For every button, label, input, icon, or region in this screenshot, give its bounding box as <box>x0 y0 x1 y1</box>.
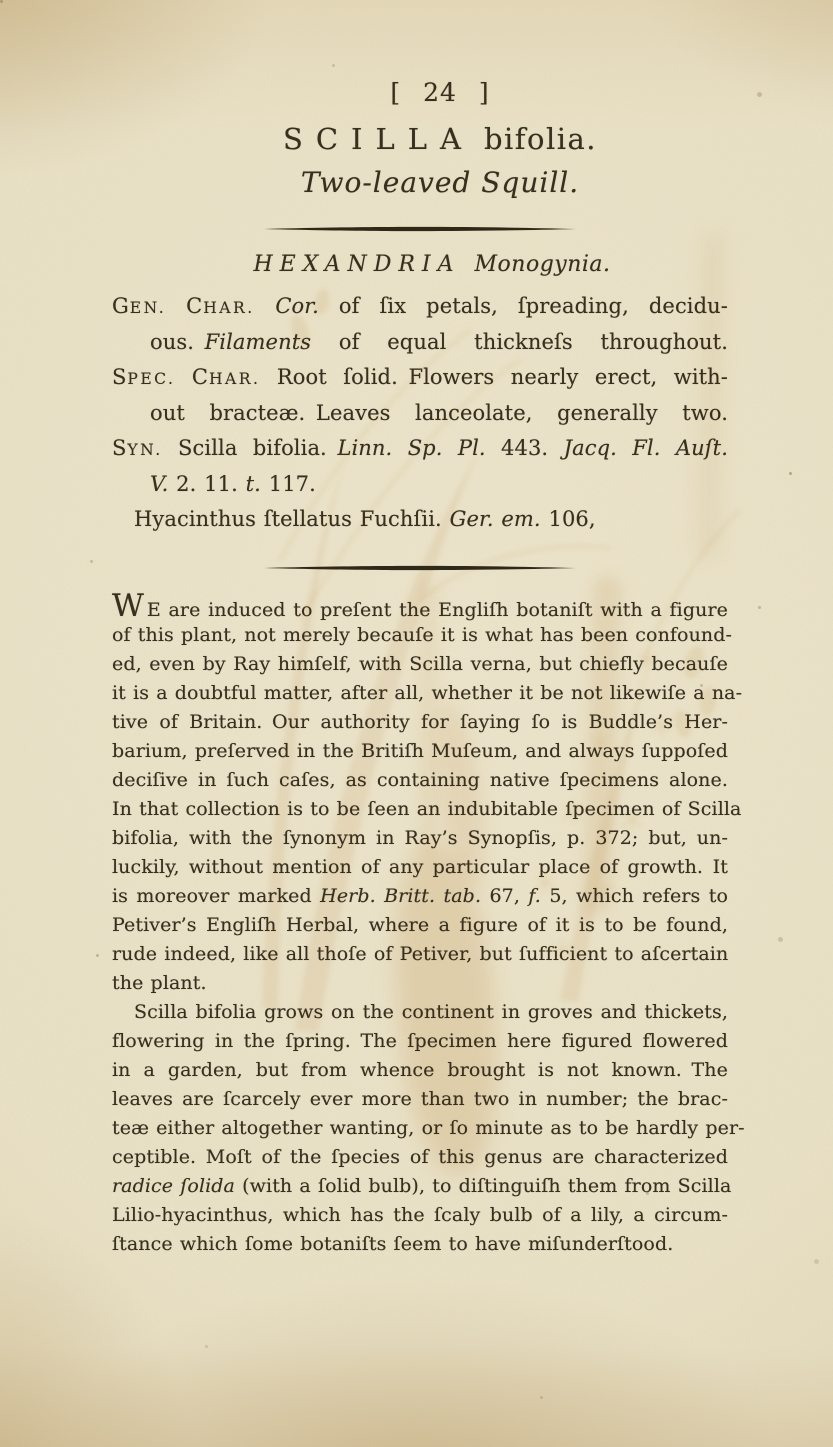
text-line: Hyacinthus ſtellatus Fuchſii. Ger. em. 1… <box>112 502 728 538</box>
text-segment: C <box>186 294 203 318</box>
text-segment: ed, even by Ray himſelf, with Scilla ver… <box>112 653 728 675</box>
text-segment: leaves are ſcarcely ever more than two i… <box>112 1088 728 1110</box>
text-line: rude indeed, like all thoſe of Petiver, … <box>112 940 728 969</box>
text-line: Lilio-hyacinthus, which has the ſcaly bu… <box>112 1201 728 1230</box>
text-segment: ſtance which ſome botaniſts ſeem to have… <box>112 1233 673 1255</box>
paragraph: Scilla bifolia grows on the continent in… <box>112 998 728 1259</box>
page-title: SCILLAbifolia. <box>112 121 748 157</box>
text-line: flowering in the ſpring. The ſpecimen he… <box>112 1027 728 1056</box>
text-line: WE are induced to preſent the Engliſh bo… <box>112 592 728 621</box>
text-segment: luckily, without mention of any particul… <box>112 856 728 878</box>
text-line: In that collection is to be ſeen an indu… <box>112 795 728 824</box>
text-line: barium, preſerved in the Britiſh Muſeum,… <box>112 737 728 766</box>
text-segment: Hyacinthus ſtellatus Fuchſii. <box>134 507 450 531</box>
text-line: GEN. CHAR. Cor. of ſix petals, ſpreading… <box>112 289 728 325</box>
separator-rule <box>264 565 576 571</box>
text-segment: HAR. <box>203 299 275 317</box>
text-line: ſtance which ſome botaniſts ſeem to have… <box>112 1230 728 1259</box>
separator-rule <box>264 226 576 232</box>
text-segment: 2. 11. <box>168 472 245 496</box>
paragraph: WE are induced to preſent the Engliſh bo… <box>112 592 728 998</box>
text-segment: S <box>112 365 127 389</box>
text-segment: Ger. em. <box>450 507 541 531</box>
linnaean-order: Monogynia. <box>475 252 611 277</box>
text-line: SYN. Scilla bifolia. Linn. Sp. Pl. 443. … <box>112 431 728 467</box>
common-name: Two-leaved Squill. <box>112 165 748 201</box>
text-segment: In that collection is to be ſeen an indu… <box>112 798 742 820</box>
text-segment: t. <box>246 472 261 496</box>
text-segment: Cor. <box>275 294 319 318</box>
text-segment: ceptible. Moſt of the ſpecies of this ge… <box>112 1146 728 1168</box>
text-segment: 5, which refers to <box>541 885 728 907</box>
book-page: [24] SCILLAbifolia. Two-leaved Squill. H… <box>0 0 833 1447</box>
text-line: is moreover marked Herb. Britt. tab. 67,… <box>112 882 728 911</box>
text-segment <box>166 294 186 318</box>
text-segment: radice ſolida <box>112 1175 235 1197</box>
text-segment <box>175 365 191 389</box>
folio-number: 24 <box>423 78 457 107</box>
text-line: leaves are ſcarcely ever more than two i… <box>112 1085 728 1114</box>
genus-name: SCILLA <box>283 122 474 156</box>
text-segment: deciſive in ſuch caſes, as containing na… <box>112 769 728 791</box>
text-segment: Petiver’s Engliſh Herbal, where a figure… <box>112 914 728 936</box>
text-segment: ous. <box>150 330 205 354</box>
text-line: luckily, without mention of any particul… <box>112 853 728 882</box>
text-line: bifolia, with the ſynonym in Ray’s Synop… <box>112 824 728 853</box>
text-segment: C <box>192 365 209 389</box>
text-segment: tive of Britain. Our authority for ſayin… <box>112 711 728 733</box>
text-line: tive of Britain. Our authority for ſayin… <box>112 708 728 737</box>
text-segment: f. <box>528 885 541 907</box>
text-segment: PEC. <box>127 370 175 388</box>
text-line: teæ either altogether wanting, or ſo min… <box>112 1114 728 1143</box>
text-segment: Jacq. Fl. Auſt. <box>564 436 728 460</box>
text-segment: Lilio-hyacinthus, which has the ſcaly bu… <box>112 1204 728 1226</box>
text-segment: bifolia, with the ſynonym in Ray’s Synop… <box>112 827 728 849</box>
text-line: SPEC. CHAR. Root ſolid. Flowers nearly e… <box>112 360 728 396</box>
text-line: radice ſolida (with a ſolid bulb), to di… <box>112 1172 728 1201</box>
text-segment: 117. <box>261 472 316 496</box>
text-segment: Root ſolid. Flowers nearly erect, with- <box>260 365 728 389</box>
linnaean-class: HEXANDRIA <box>253 252 460 277</box>
text-segment: YN. <box>127 441 162 459</box>
text-line: in a garden, but from whence brought is … <box>112 1056 728 1085</box>
foxing-specks <box>0 0 3 3</box>
text-column: [24] SCILLAbifolia. Two-leaved Squill. H… <box>112 0 728 1447</box>
text-segment: (with a ſolid bulb), to diſtinguiſh them… <box>235 1175 731 1197</box>
text-line: ceptible. Moſt of the ſpecies of this ge… <box>112 1143 728 1172</box>
text-line: of this plant, not merely becauſe it is … <box>112 621 728 650</box>
classification-line: HEXANDRIAMonogynia. <box>112 251 740 279</box>
taxonomy-section: GEN. CHAR. Cor. of ſix petals, ſpreading… <box>112 289 728 538</box>
text-segment: flowering in the ſpring. The ſpecimen he… <box>112 1030 728 1052</box>
text-segment: of this plant, not merely becauſe it is … <box>112 624 732 646</box>
text-segment: W <box>112 588 147 624</box>
text-segment: is moreover marked <box>112 885 320 907</box>
text-segment: it is a doubtful matter, after all, whet… <box>112 682 742 704</box>
text-segment: barium, preſerved in the Britiſh Muſeum,… <box>112 740 728 762</box>
text-line: deciſive in ſuch caſes, as containing na… <box>112 766 728 795</box>
text-segment: Herb. Britt. tab. <box>320 885 481 907</box>
text-line: out bracteæ. Leaves lanceolate, generall… <box>112 396 728 432</box>
text-segment: G <box>112 294 130 318</box>
text-segment: Filaments <box>205 330 312 354</box>
species-epithet: bifolia. <box>484 122 597 156</box>
text-segment: 106, <box>541 507 596 531</box>
text-segment: S <box>112 436 127 460</box>
text-line: the plant. <box>112 969 728 998</box>
text-segment: in a garden, but from whence brought is … <box>112 1059 728 1081</box>
text-line: Petiver’s Engliſh Herbal, where a figure… <box>112 911 728 940</box>
text-segment: V. <box>150 472 168 496</box>
text-segment: the plant. <box>112 972 207 994</box>
text-line: ed, even by Ray himſelf, with Scilla ver… <box>112 650 728 679</box>
text-line: Scilla bifolia grows on the continent in… <box>112 998 728 1027</box>
text-segment: E <box>147 599 161 621</box>
text-segment: Scilla bifolia. <box>163 436 338 460</box>
text-segment: 67, <box>481 885 528 907</box>
text-segment: are induced to preſent the Engliſh botan… <box>161 599 728 621</box>
text-segment: of equal thickneſs throughout. <box>311 330 728 354</box>
page-number: [24] <box>112 79 748 107</box>
text-segment: teæ either altogether wanting, or ſo min… <box>112 1117 745 1139</box>
text-line: it is a doubtful matter, after all, whet… <box>112 679 728 708</box>
text-segment: Linn. Sp. Pl. <box>337 436 485 460</box>
text-segment: EN. <box>130 299 166 317</box>
folio-bracket-left: [ <box>390 78 401 107</box>
text-segment: 443. <box>486 436 564 460</box>
body-text-section: WE are induced to preſent the Engliſh bo… <box>112 592 728 1259</box>
text-segment: of ſix petals, ſpreading, decidu- <box>319 294 728 318</box>
text-line: V. 2. 11. t. 117. <box>112 467 728 503</box>
text-line: ous. Filaments of equal thickneſs throug… <box>112 325 728 361</box>
text-segment: Scilla bifolia grows on the continent in… <box>134 1001 728 1023</box>
folio-bracket-right: ] <box>479 78 490 107</box>
text-segment: rude indeed, like all thoſe of Petiver, … <box>112 943 728 965</box>
text-segment: HAR. <box>209 370 260 388</box>
text-segment: out bracteæ. Leaves lanceolate, generall… <box>150 401 728 425</box>
